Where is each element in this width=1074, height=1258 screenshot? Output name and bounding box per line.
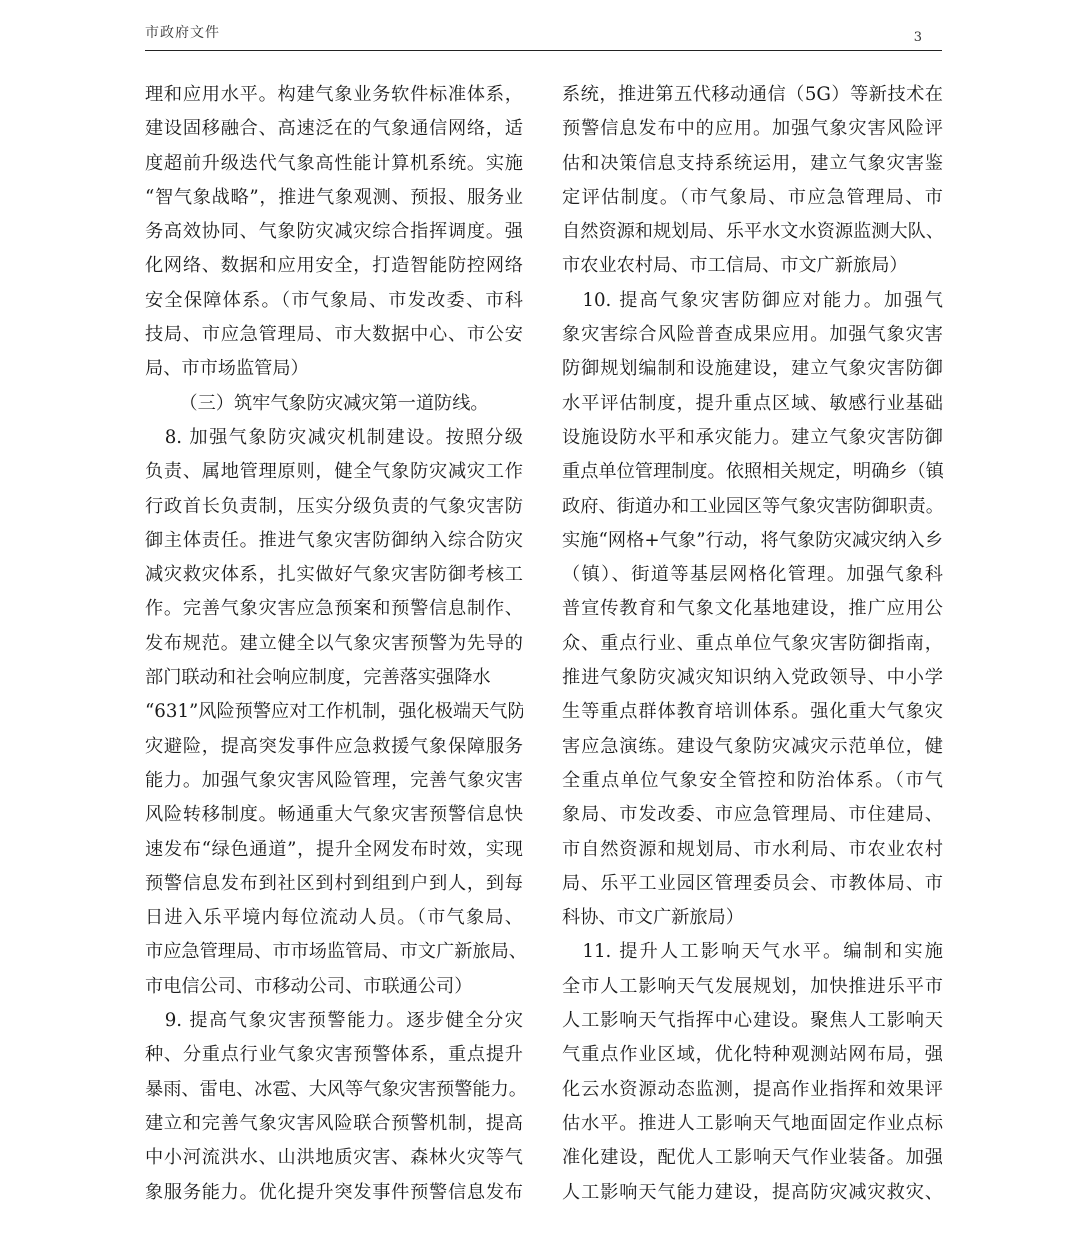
text-line: 日进入乐平境内每位流动人员。（市气象局、: [145, 901, 523, 935]
text-line: 8. 加强气象防灾减灾机制建设。按照分级: [145, 421, 523, 455]
text-line: 种、分重点行业气象灾害预警体系，重点提升: [145, 1038, 523, 1072]
page-header: 市政府文件 3: [145, 20, 942, 51]
text-line: 局、市市场监管局）: [145, 352, 523, 386]
text-line: 10. 提高气象灾害防御应对能力。加强气: [562, 284, 943, 318]
text-line: 生等重点群体教育培训体系。强化重大气象灾: [562, 695, 943, 729]
text-line: 市自然资源和规划局、市水利局、市农业农村: [562, 833, 943, 867]
document-source-label: 市政府文件: [145, 22, 220, 42]
text-line: 准化建设，配优人工影响天气作业装备。加强: [562, 1141, 943, 1175]
text-line: 定评估制度。（市气象局、市应急管理局、市: [562, 181, 943, 215]
text-line: 设施设防水平和承灾能力。建立气象灾害防御: [562, 421, 943, 455]
text-line: 众、重点行业、重点单位气象灾害防御指南，: [562, 627, 943, 661]
text-line: 技局、市应急管理局、市大数据中心、市公安: [145, 318, 523, 352]
text-line: 发布规范。建立健全以气象灾害预警为先导的: [145, 627, 523, 661]
text-line: 防御规划编制和设施建设，建立气象灾害防御: [562, 352, 943, 386]
text-line: 水平评估制度，提升重点区域、敏感行业基础: [562, 387, 943, 421]
text-line: 政府、街道办和工业园区等气象灾害防御职责。: [562, 490, 943, 524]
text-line: 风险转移制度。畅通重大气象灾害预警信息快: [145, 798, 523, 832]
text-line: 暴雨、雷电、冰雹、大风等气象灾害预警能力。: [145, 1073, 523, 1107]
text-line: 害应急演练。建设气象防灾减灾示范单位，健: [562, 730, 943, 764]
text-line: 中小河流洪水、山洪地质灾害、森林火灾等气: [145, 1141, 523, 1175]
text-line: 9. 提高气象灾害预警能力。逐步健全分灾: [145, 1004, 523, 1038]
text-line: 行政首长负责制，压实分级负责的气象灾害防: [145, 490, 523, 524]
text-line: 气重点作业区域，优化特种观测站网布局，强: [562, 1038, 943, 1072]
text-line: 估和决策信息支持系统运用，建立气象灾害鉴: [562, 147, 943, 181]
text-line: 负责、属地管理原则，健全气象防灾减灾工作: [145, 455, 523, 489]
text-line: 市应急管理局、市市场监管局、市文广新旅局、: [145, 935, 523, 969]
text-line: 象服务能力。优化提升突发事件预警信息发布: [145, 1176, 523, 1210]
text-line: （三）筑牢气象防灾减灾第一道防线。: [145, 387, 523, 421]
text-line: 象局、市发改委、市应急管理局、市住建局、: [562, 798, 943, 832]
left-text-column: 理和应用水平。构建气象业务软件标准体系，建设固移融合、高速泛在的气象通信网络，适…: [145, 78, 523, 1210]
text-line: 市电信公司、市移动公司、市联通公司）: [145, 970, 523, 1004]
text-line: 推进气象防灾减灾知识纳入党政领导、中小学: [562, 661, 943, 695]
text-line: 减灾救灾体系，扎实做好气象灾害防御考核工: [145, 558, 523, 592]
text-line: 市农业农村局、市工信局、市文广新旅局）: [562, 249, 943, 283]
text-line: 预警信息发布到社区到村到组到户到人，到每: [145, 867, 523, 901]
text-line: 化网络、数据和应用安全，打造智能防控网络: [145, 249, 523, 283]
text-line: 理和应用水平。构建气象业务软件标准体系，: [145, 78, 523, 112]
text-line: 象灾害综合风险普查成果应用。加强气象灾害: [562, 318, 943, 352]
text-line: 预警信息发布中的应用。加强气象灾害风险评: [562, 112, 943, 146]
text-line: （镇）、街道等基层网格化管理。加强气象科: [562, 558, 943, 592]
text-line: 能力。加强气象灾害风险管理，完善气象灾害: [145, 764, 523, 798]
text-line: 安全保障体系。（市气象局、市发改委、市科: [145, 284, 523, 318]
text-line: 全市人工影响天气发展规划，加快推进乐平市: [562, 970, 943, 1004]
text-line: 建设固移融合、高速泛在的气象通信网络，适: [145, 112, 523, 146]
text-line: 灾避险，提高突发事件应急救援气象保障服务: [145, 730, 523, 764]
text-line: 御主体责任。推进气象灾害防御纳入综合防灾: [145, 524, 523, 558]
text-line: 科协、市文广新旅局）: [562, 901, 943, 935]
text-line: 速发布“绿色通道”，提升全网发布时效，实现: [145, 833, 523, 867]
text-line: “631”风险预警应对工作机制，强化极端天气防: [145, 695, 523, 729]
text-line: 局、乐平工业园区管理委员会、市教体局、市: [562, 867, 943, 901]
text-line: 普宣传教育和气象文化基地建设，推广应用公: [562, 592, 943, 626]
text-line: “智气象战略”，推进气象观测、预报、服务业: [145, 181, 523, 215]
text-line: 估水平。推进人工影响天气地面固定作业点标: [562, 1107, 943, 1141]
text-line: 化云水资源动态监测，提高作业指挥和效果评: [562, 1073, 943, 1107]
text-line: 重点单位管理制度。依照相关规定，明确乡（镇）: [562, 455, 943, 489]
text-line: 实施“网格+气象”行动，将气象防灾减灾纳入乡: [562, 524, 943, 558]
text-line: 全重点单位气象安全管控和防治体系。（市气: [562, 764, 943, 798]
page-number: 3: [914, 30, 922, 45]
text-line: 作。完善气象灾害应急预案和预警信息制作、: [145, 592, 523, 626]
text-line: 人工影响天气指挥中心建设。聚焦人工影响天: [562, 1004, 943, 1038]
right-text-column: 系统，推进第五代移动通信（5G）等新技术在预警信息发布中的应用。加强气象灾害风险…: [562, 78, 943, 1210]
text-line: 11. 提升人工影响天气水平。编制和实施: [562, 935, 943, 969]
text-line: 人工影响天气能力建设，提高防灾减灾救灾、: [562, 1176, 943, 1210]
text-line: 务高效协同、气象防灾减灾综合指挥调度。强: [145, 215, 523, 249]
text-line: 部门联动和社会响应制度，完善落实强降水: [145, 661, 523, 695]
text-line: 度超前升级迭代气象高性能计算机系统。实施: [145, 147, 523, 181]
text-line: 自然资源和规划局、乐平水文水资源监测大队、: [562, 215, 943, 249]
text-line: 建立和完善气象灾害风险联合预警机制，提高: [145, 1107, 523, 1141]
text-line: 系统，推进第五代移动通信（5G）等新技术在: [562, 78, 943, 112]
